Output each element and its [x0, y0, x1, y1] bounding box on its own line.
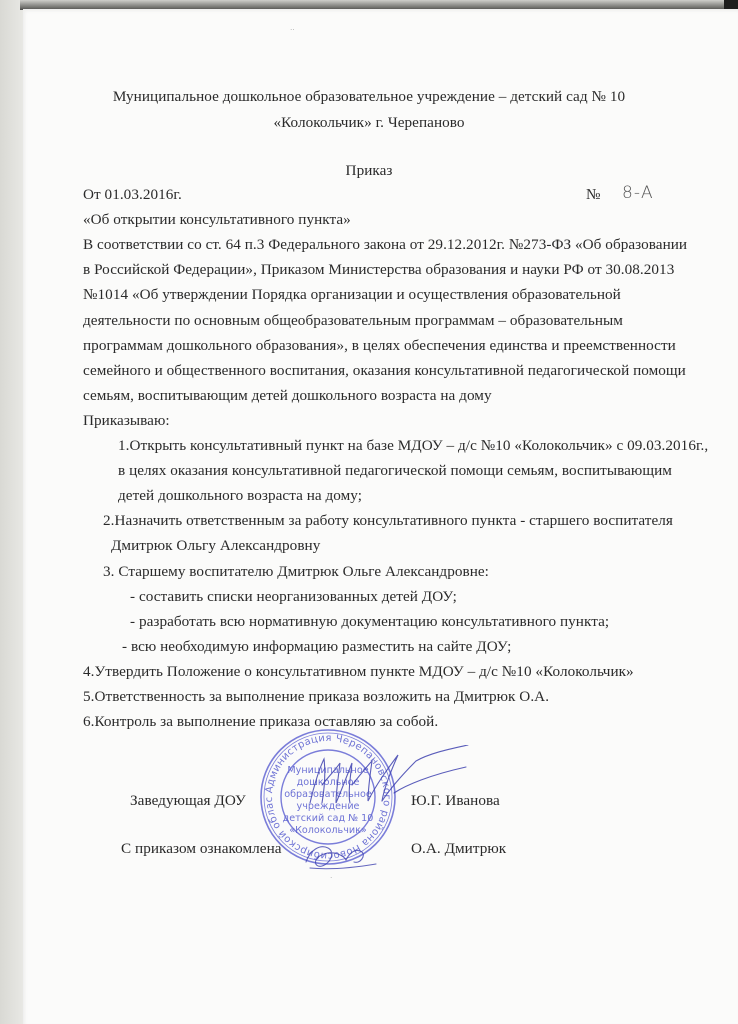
order-item-1: 1.Открыть консультативный пункт на базе …: [118, 437, 708, 455]
order-item-1-cont: в целях оказания консультативной педагог…: [118, 462, 672, 480]
scan-speck: ··: [290, 26, 295, 34]
order-item-5: 5.Ответственность за выполнение приказа …: [83, 688, 549, 706]
order-item-3-subitem: - разработать всю нормативную документац…: [130, 613, 609, 631]
order-subject: «Об открытии консультативного пункта»: [83, 211, 351, 229]
preamble-line: В соответствии со ст. 64 п.3 Федеральног…: [83, 236, 687, 254]
order-item-3-subitem: - всю необходимую информацию разместить …: [122, 638, 511, 656]
order-item-3: 3. Старшему воспитателю Дмитрюк Ольге Ал…: [103, 563, 489, 581]
scan-edge-left: [0, 0, 23, 1024]
head-title: Заведующая ДОУ: [130, 792, 246, 810]
order-item-2-cont: Дмитрюк Ольгу Александровну: [111, 537, 320, 555]
order-item-2: 2.Назначить ответственным за работу конс…: [103, 512, 673, 530]
preamble-line: в Российской Федерации», Приказом Минист…: [83, 261, 674, 279]
scan-speck: ·: [330, 874, 332, 882]
order-item-3-subitem: - составить списки неорганизованных дете…: [130, 588, 457, 606]
order-directive-word: Приказываю:: [83, 412, 170, 430]
acknowledged-signature: [300, 838, 380, 872]
preamble-line: программам дошкольного образования», в ц…: [83, 337, 676, 355]
order-number-handwritten: 8-А: [622, 183, 654, 203]
preamble-line: семьям, воспитывающим детей дошкольного …: [83, 387, 492, 405]
preamble-line: семейного и общественного воспитания, ок…: [83, 362, 686, 380]
order-item-4: 4.Утвердить Положение о консультативном …: [83, 663, 634, 681]
institution-name-line2: «Колокольчик» г. Черепаново: [0, 114, 738, 132]
order-item-1-cont: детей дошкольного возраста на дому;: [118, 487, 362, 505]
order-number-label: №: [586, 186, 601, 204]
preamble-line: №1014 «Об утверждении Порядка организаци…: [83, 286, 621, 304]
order-date: От 01.03.2016г.: [83, 186, 182, 204]
head-signature: [290, 745, 470, 815]
acknowledged-name: О.А. Дмитрюк: [411, 840, 506, 858]
document-type: Приказ: [0, 162, 738, 180]
svg-text:«Колокольчик»: «Колокольчик»: [289, 825, 367, 836]
institution-name-line1: Муниципальное дошкольное образовательное…: [0, 88, 738, 106]
preamble-line: деятельности по основным общеобразовател…: [83, 312, 623, 330]
